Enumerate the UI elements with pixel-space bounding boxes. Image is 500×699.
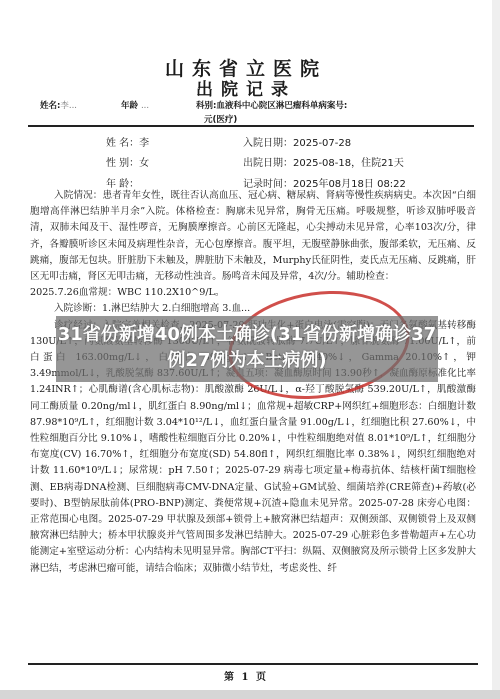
header-name-label: 姓名: — [40, 101, 60, 111]
header-age-value: ... — [141, 101, 149, 111]
news-headline-overlay: 31省份新增40例本土确诊(31省份新增确诊37例27例为本土病例) — [56, 316, 438, 382]
blood-routine-line: 2025.7.26血常规：WBC 110.2X10^9/L。 — [30, 285, 476, 301]
viewer-bottom-margin — [0, 690, 500, 699]
header-divider — [28, 125, 474, 127]
header-age: 年龄 ... — [121, 99, 149, 111]
viewer-right-margin — [492, 0, 500, 699]
document-page: 山东省立医院 出院记录 姓名:李... 年龄 ... 科别:血液科中心院区淋巴瘤… — [0, 0, 492, 690]
header-name-value: 李... — [60, 101, 77, 111]
header-department-cont: 元(医疗) — [204, 113, 237, 125]
admission-date: 入院日期：2025-07-28 — [243, 134, 351, 149]
header-department: 科别:血液科中心院区淋巴瘤科单病案号: — [196, 99, 347, 111]
header-name: 姓名:李... — [40, 99, 77, 111]
page-number: 第 1 页 — [0, 668, 492, 683]
patient-name: 姓 名：李 — [106, 134, 149, 149]
admission-status-paragraph: 入院情况：患者青年女性，既往否认高血压、冠心病、糖尿病、肾病等慢性疾病病史。本次… — [30, 188, 476, 285]
discharge-date: 出院日期：2025-08-18，住院21天 — [243, 154, 404, 169]
header-age-label: 年龄 — [121, 101, 138, 111]
footer-divider — [28, 663, 478, 665]
patient-gender: 性 别：女 — [106, 154, 149, 169]
record-title: 出院记录 — [0, 75, 492, 100]
